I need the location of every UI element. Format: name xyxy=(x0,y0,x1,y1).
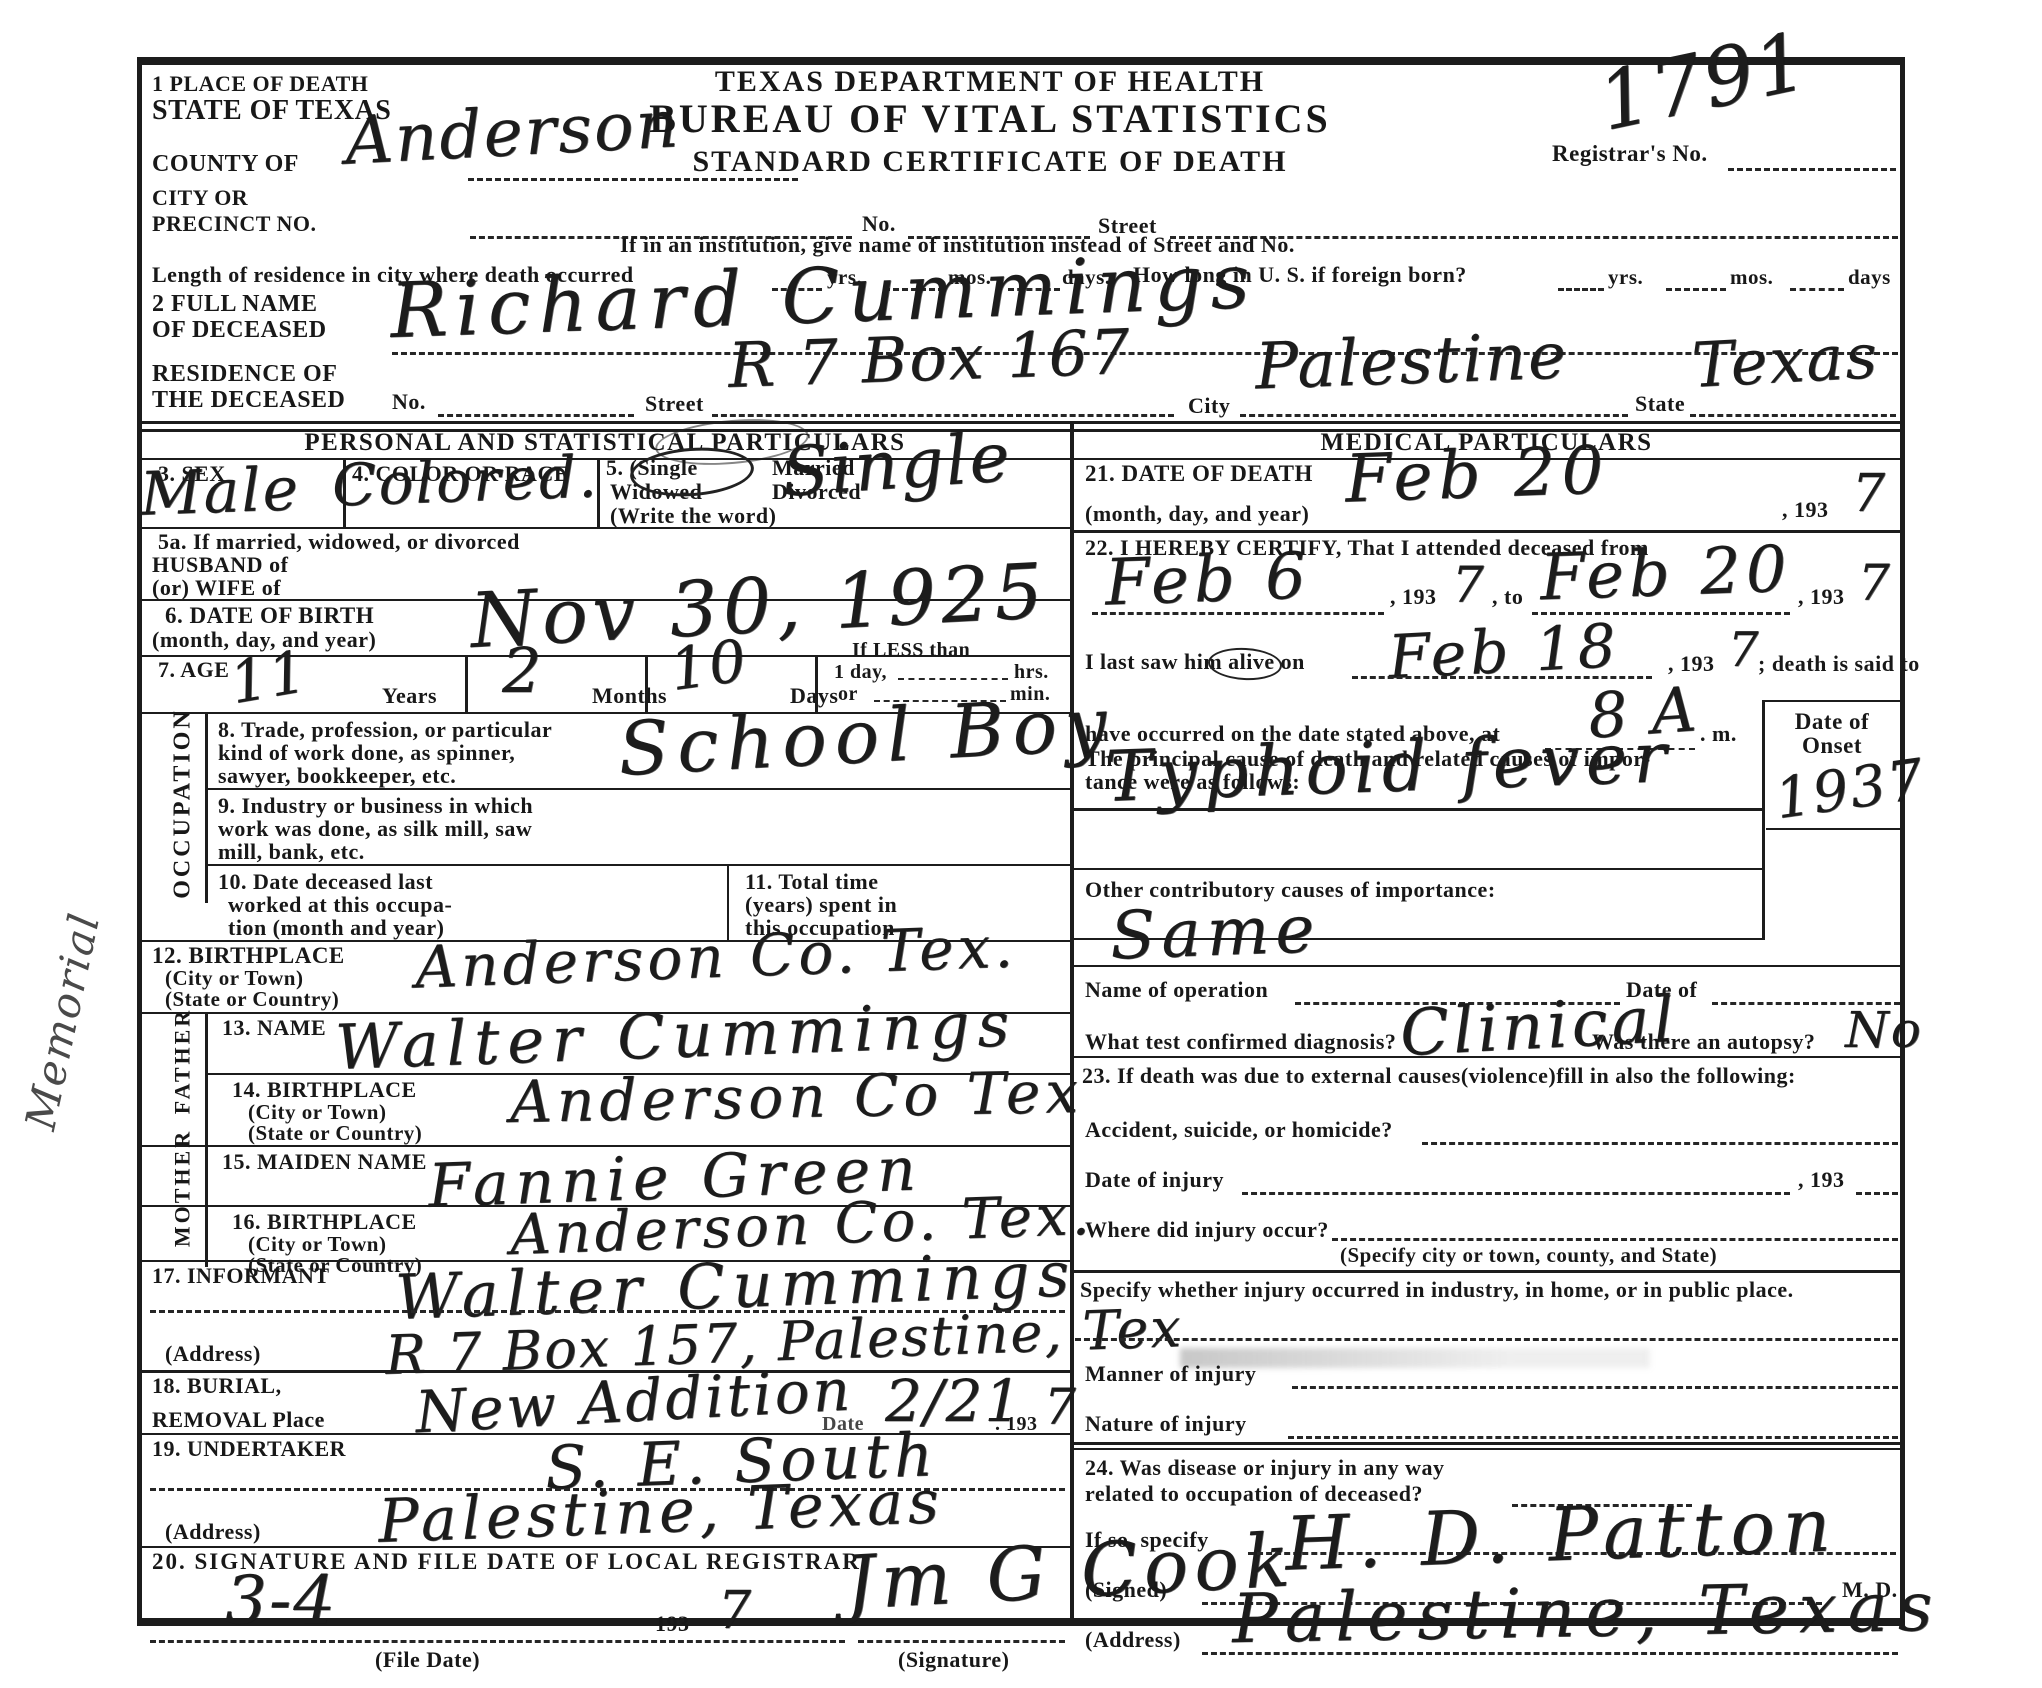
father-bp-value: Anderson Co Tex xyxy=(510,1063,1084,1131)
months-label: Months xyxy=(592,684,667,707)
injury-193-label: , 193 xyxy=(1798,1168,1845,1191)
bureau-title: BUREAU OF VITAL STATISTICS xyxy=(610,98,1370,140)
to-193-label: , 193 xyxy=(1798,585,1845,608)
dashed-divider xyxy=(1666,288,1726,291)
test-value: Clinical xyxy=(1399,988,1680,1066)
if-less-label-1: If LESS than xyxy=(852,640,970,661)
undertaker-address-label: (Address) xyxy=(165,1520,261,1543)
birthplace-label: 12. BIRTHPLACE xyxy=(152,944,345,968)
mother-vertical-label: MOTHER xyxy=(170,1116,196,1261)
from-193-label: , 193 xyxy=(1390,585,1437,608)
trade-label-1: 8. Trade, profession, or particular xyxy=(218,718,552,741)
husband-of-label: HUSBAND of xyxy=(152,553,288,576)
registrar-signature: Jm G Cook xyxy=(843,1523,1297,1620)
res-street-label: Street xyxy=(645,392,704,415)
death-certificate: Memorial 1 PLACE OF DEATH STATE OF TEXAS… xyxy=(0,0,2042,1688)
divider xyxy=(1074,868,1762,870)
divider xyxy=(1070,1448,1903,1450)
cell-divider xyxy=(205,712,208,903)
age-years-value: 11 xyxy=(226,642,313,713)
dashed-divider xyxy=(1558,288,1604,291)
last-year-value: 7 xyxy=(1728,626,1761,674)
place-of-death-label: 1 PLACE OF DEATH xyxy=(152,72,368,95)
last-worked-label-2: worked at this occupa- xyxy=(228,893,452,916)
residence-label-1: RESIDENCE OF xyxy=(152,362,337,387)
divider xyxy=(1070,965,1903,967)
city-or-label: CITY OR xyxy=(152,186,248,209)
dob-label: 6. DATE OF BIRTH xyxy=(165,604,374,628)
dod-sub-label: (month, day, and year) xyxy=(1085,502,1309,525)
divider xyxy=(205,864,1070,866)
certificate-title: STANDARD CERTIFICATE OF DEATH xyxy=(610,146,1370,178)
father-name-label: 13. NAME xyxy=(222,1016,326,1039)
precinct-label: PRECINCT NO. xyxy=(152,212,317,235)
dashed-divider xyxy=(150,1640,845,1643)
if-less-label-2: 1 day, xyxy=(834,662,887,683)
hrs-label: hrs. xyxy=(1014,662,1049,683)
department-title: TEXAS DEPARTMENT OF HEALTH xyxy=(610,66,1370,98)
dashed-divider xyxy=(1242,1192,1790,1195)
from-year-value: 7 xyxy=(1452,560,1486,610)
dashed-divider xyxy=(1690,414,1896,417)
test-label: What test confirmed diagnosis? xyxy=(1085,1030,1396,1053)
industry-label-1: 9. Industry or business in which xyxy=(218,794,533,817)
border-right xyxy=(1900,57,1905,1626)
age-label: 7. AGE xyxy=(158,658,229,681)
date-of-death-label: 21. DATE OF DEATH xyxy=(1085,462,1313,486)
divider xyxy=(1074,808,1762,811)
dashed-divider xyxy=(1202,1652,1898,1655)
res-state-label: State xyxy=(1635,392,1685,415)
m-label: . m. xyxy=(1700,722,1737,745)
operation-label: Name of operation xyxy=(1085,978,1268,1001)
divider xyxy=(137,421,1905,424)
marital-value: Single xyxy=(780,424,1014,508)
industry-label-3: mill, bank, etc. xyxy=(218,840,365,863)
mother-bp-label: 16. BIRTHPLACE xyxy=(232,1210,417,1233)
if-so-label: If so, specify xyxy=(1085,1528,1209,1551)
divider xyxy=(1070,1056,1903,1058)
cell-divider xyxy=(645,655,648,712)
file-year-value: 7 xyxy=(718,1585,753,1637)
race-value: Colored. xyxy=(331,447,599,514)
dashed-divider xyxy=(1092,612,1384,615)
onset-label-1: Date of xyxy=(1762,710,1902,734)
file-193-label: 193 xyxy=(655,1612,690,1635)
divider xyxy=(1766,828,1903,830)
dashed-divider xyxy=(1790,288,1844,291)
father-vertical-label: FATHER xyxy=(170,989,196,1134)
maiden-name-label: 15. MAIDEN NAME xyxy=(222,1150,427,1173)
injury-date-label: Date of injury xyxy=(1085,1168,1224,1191)
if-married-label: 5a. If married, widowed, or divorced xyxy=(158,530,520,553)
burial-193-label: . 193 xyxy=(995,1414,1038,1435)
registrar-no-label: Registrar's No. xyxy=(1552,142,1708,166)
informant-label: 17. INFORMANT xyxy=(152,1264,330,1287)
informant-address-label: (Address) xyxy=(165,1342,261,1365)
age-days-value: 10 xyxy=(666,631,751,699)
divider xyxy=(1070,1270,1903,1273)
mos2-label: mos. xyxy=(1730,266,1773,288)
dashed-divider xyxy=(1288,1436,1898,1439)
dashed-divider xyxy=(1240,414,1628,417)
removal-place-label: REMOVAL Place xyxy=(152,1408,325,1431)
res-city-label: City xyxy=(1188,394,1230,417)
total-time-label-1: 11. Total time xyxy=(745,870,879,893)
dashed-divider xyxy=(1075,1338,1898,1341)
autopsy-label: Was there an autopsy? xyxy=(1592,1030,1815,1053)
birthplace-value: Anderson Co. Tex. xyxy=(414,918,1017,997)
specify-whether-label: Specify whether injury occurred in indus… xyxy=(1080,1278,1794,1301)
res-city-value: Palestine xyxy=(1254,325,1569,400)
days2-label: days xyxy=(1848,266,1891,288)
attended-from-value: Feb 6 xyxy=(1104,544,1312,615)
dashed-divider xyxy=(898,678,1008,680)
dashed-divider xyxy=(438,414,634,417)
divider xyxy=(1070,1442,1903,1445)
last-worked-label-3: tion (month and year) xyxy=(228,916,444,939)
dashed-divider xyxy=(1332,1238,1898,1241)
trade-label-2: kind of work done, as spinner, xyxy=(218,741,515,764)
specify-city-label: (Specify city or town, county, and State… xyxy=(1340,1244,1717,1266)
county-label: COUNTY OF xyxy=(152,152,299,177)
onset-value: 1937 xyxy=(1772,752,1929,828)
dashed-divider xyxy=(1292,1386,1898,1389)
signature-caption: (Signature) xyxy=(898,1648,1009,1671)
physician-address-label: (Address) xyxy=(1085,1628,1181,1651)
last-worked-label-1: 10. Date deceased last xyxy=(218,870,433,893)
external-causes-label: 23. If death was due to external causes(… xyxy=(1082,1064,1796,1087)
burial-year-value: 7 xyxy=(1044,1382,1078,1432)
signed-label: (Signed) xyxy=(1085,1578,1167,1601)
dashed-divider xyxy=(1728,168,1896,171)
trade-label-3: sawyer, bookkeeper, etc. xyxy=(218,764,456,787)
to-label: , to xyxy=(1492,585,1523,608)
undertaker-label: 19. UNDERTAKER xyxy=(152,1437,346,1460)
city-or-town-label: (City or Town) xyxy=(248,1233,386,1255)
contributory-value: Same xyxy=(1109,896,1321,969)
divider xyxy=(1074,938,1762,940)
burial-label: 18. BURIAL, xyxy=(152,1374,282,1397)
dashed-divider xyxy=(1422,1142,1898,1145)
divider xyxy=(205,788,1070,790)
fullname-label-1: 2 FULL NAME xyxy=(152,292,318,317)
wife-of-label: (or) WIFE of xyxy=(152,576,281,599)
city-or-town-label: (City or Town) xyxy=(248,1101,386,1123)
related-label-1: 24. Was disease or injury in any way xyxy=(1085,1456,1444,1479)
state-or-country-label: (State or Country) xyxy=(248,1122,422,1144)
column-divider xyxy=(1070,421,1074,1621)
file-date-value: 3-4 xyxy=(225,1568,337,1634)
industry-label-2: work was done, as silk mill, saw xyxy=(218,817,532,840)
city-or-town-label: (City or Town) xyxy=(165,967,303,989)
nature-label: Nature of injury xyxy=(1085,1412,1247,1435)
cell-divider xyxy=(465,655,468,712)
autopsy-value: No xyxy=(1845,1005,1923,1055)
accident-label: Accident, suicide, or homicide? xyxy=(1085,1118,1393,1141)
dashed-divider xyxy=(1856,1192,1898,1195)
total-time-label-2: (years) spent in xyxy=(745,893,897,916)
certificate-number: 1791 xyxy=(1592,21,1816,143)
divider xyxy=(1762,700,1903,702)
where-injury-label: Where did injury occur? xyxy=(1085,1218,1329,1241)
sex-value: Male xyxy=(139,459,301,525)
trade-value: School Boy xyxy=(616,687,1116,787)
border-left xyxy=(137,57,142,1626)
physician-address-value: Palestine, Texas xyxy=(1231,1574,1943,1654)
dod-193-label: , 193 xyxy=(1782,498,1829,521)
age-months-value: 2 xyxy=(502,640,543,702)
file-date-caption: (File Date) xyxy=(375,1648,480,1671)
manner-label: Manner of injury xyxy=(1085,1362,1256,1385)
marital-write-word: (Write the word) xyxy=(610,504,776,527)
res-no-label: No. xyxy=(392,390,426,413)
to-year-value: 7 xyxy=(1858,558,1892,608)
fullname-label-2: OF DECEASED xyxy=(152,318,327,343)
dod-year-value: 7 xyxy=(1852,468,1887,520)
dashed-divider xyxy=(712,414,1174,417)
margin-note: Memorial xyxy=(13,880,112,1163)
cell-divider xyxy=(205,1012,208,1267)
cause-of-death-value: Typhoid fever xyxy=(1104,722,1674,812)
dashed-divider xyxy=(468,178,798,181)
physician-signature: H. D. Patton xyxy=(1284,1488,1840,1581)
dashed-divider xyxy=(858,1640,1065,1643)
dod-value: Feb 20 xyxy=(1344,437,1611,512)
res-street-value: R 7 Box 167 xyxy=(727,321,1132,397)
father-bp-label: 14. BIRTHPLACE xyxy=(232,1078,417,1101)
death-said-label: ; death is said to xyxy=(1758,652,1920,675)
res-state-value: Texas xyxy=(1691,325,1881,397)
residence-label-2: THE DECEASED xyxy=(152,388,345,413)
attended-to-value: Feb 20 xyxy=(1539,538,1793,611)
dashed-divider xyxy=(392,352,1898,355)
occupation-vertical-label: OCCUPATION xyxy=(170,704,197,904)
yrs2-label: yrs. xyxy=(1608,266,1643,288)
years-label: Years xyxy=(382,684,437,707)
